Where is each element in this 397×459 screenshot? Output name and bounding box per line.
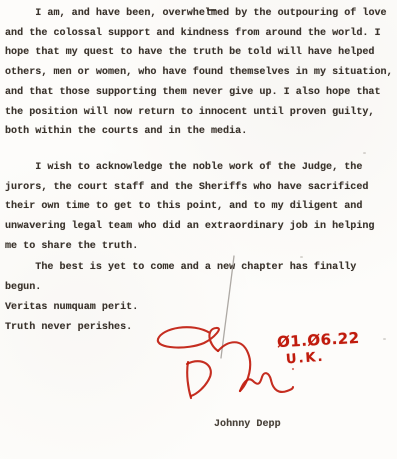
signature-scrawl <box>148 250 360 405</box>
paper-speck <box>363 152 366 154</box>
letter-page: { "letter": { "paragraphs": [ " I am, an… <box>0 0 397 459</box>
paper-speck <box>345 88 348 90</box>
typewriter-overstrike-mark <box>207 9 216 11</box>
paper-speck <box>383 338 386 340</box>
paragraph-acknowledge: I wish to acknowledge the noble work of … <box>5 158 394 257</box>
typed-signature-name: Johnny Depp <box>214 419 281 430</box>
paragraph-overwhelmed: I am, and have been, overwhelmed by the … <box>5 4 394 142</box>
paper-speck <box>300 256 303 258</box>
paper-speck <box>10 302 13 304</box>
handwritten-location: U.K. <box>286 350 325 368</box>
